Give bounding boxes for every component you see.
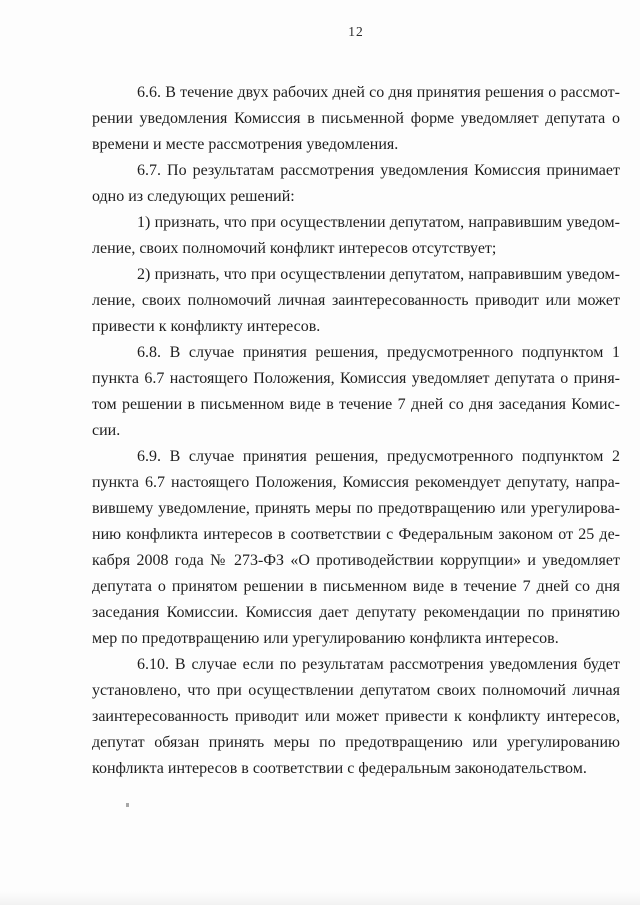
- text-line: нию конфликта интересов в соответствии с…: [92, 522, 620, 548]
- text-line: 1) признать, что при осуществлении депут…: [92, 210, 620, 236]
- text-line: установлено, что при осуществлении депут…: [92, 678, 620, 704]
- text-line: 6.10. В случае если по результатам рассм…: [92, 652, 620, 678]
- text-line: ление, своих полномочий конфликт интерес…: [92, 236, 620, 262]
- scanned-document-page: 12 6.6. В течение двух рабочих дней со д…: [0, 0, 640, 905]
- text-line: конфликта интересов в соответствии с фед…: [92, 756, 620, 782]
- text-line: 2) признать, что при осуществлении депут…: [92, 262, 620, 288]
- text-line: вившему уведомление, принять меры по пре…: [92, 496, 620, 522]
- text-line: сии.: [92, 418, 620, 444]
- text-line: том решении в письменном виде в течение …: [92, 392, 620, 418]
- text-line: депутата о принятом решении в письменном…: [92, 574, 620, 600]
- text-line: одно из следующих решений:: [92, 184, 620, 210]
- text-line: кабря 2008 года № 273-ФЗ «О противодейст…: [92, 548, 620, 574]
- text-line: привести к конфликту интересов.: [92, 314, 620, 340]
- paragraph-6-7-item-1: 1) признать, что при осуществлении депут…: [92, 210, 620, 262]
- text-line: времени и месте рассмотрения уведомления…: [92, 132, 620, 158]
- text-line: заседания Комиссии. Комиссия дает депута…: [92, 600, 620, 626]
- text-line: 6.9. В случае принятия решения, предусмо…: [92, 444, 620, 470]
- paragraph-6-6: 6.6. В течение двух рабочих дней со дня …: [92, 80, 620, 158]
- text-line: мер по предотвращению или урегулированию…: [92, 626, 620, 652]
- paragraph-6-10: 6.10. В случае если по результатам рассм…: [92, 652, 620, 782]
- text-line: пункта 6.7 настоящего Положения, Комисси…: [92, 470, 620, 496]
- paragraph-6-8: 6.8. В случае принятия решения, предусмо…: [92, 340, 620, 444]
- text-line: депутат обязан принять меры по предотвра…: [92, 730, 620, 756]
- scan-artifact-speck: [126, 803, 129, 807]
- text-line: 6.8. В случае принятия решения, предусмо…: [92, 340, 620, 366]
- document-body: 6.6. В течение двух рабочих дней со дня …: [92, 80, 620, 782]
- text-line: пункта 6.7 настоящего Положения, Комисси…: [92, 366, 620, 392]
- text-line: рении уведомления Комиссия в письменной …: [92, 106, 620, 132]
- scan-bottom-shadow: [0, 891, 640, 905]
- paragraph-6-9: 6.9. В случае принятия решения, предусмо…: [92, 444, 620, 652]
- text-line: ление, своих полномочий личная заинтерес…: [92, 288, 620, 314]
- text-line: заинтересованность приводит или может пр…: [92, 704, 620, 730]
- text-line: 6.7. По результатам рассмотрения уведомл…: [92, 158, 620, 184]
- paragraph-6-7-item-2: 2) признать, что при осуществлении депут…: [92, 262, 620, 340]
- page-number: 12: [92, 24, 620, 40]
- paragraph-6-7: 6.7. По результатам рассмотрения уведомл…: [92, 158, 620, 210]
- text-line: 6.6. В течение двух рабочих дней со дня …: [92, 80, 620, 106]
